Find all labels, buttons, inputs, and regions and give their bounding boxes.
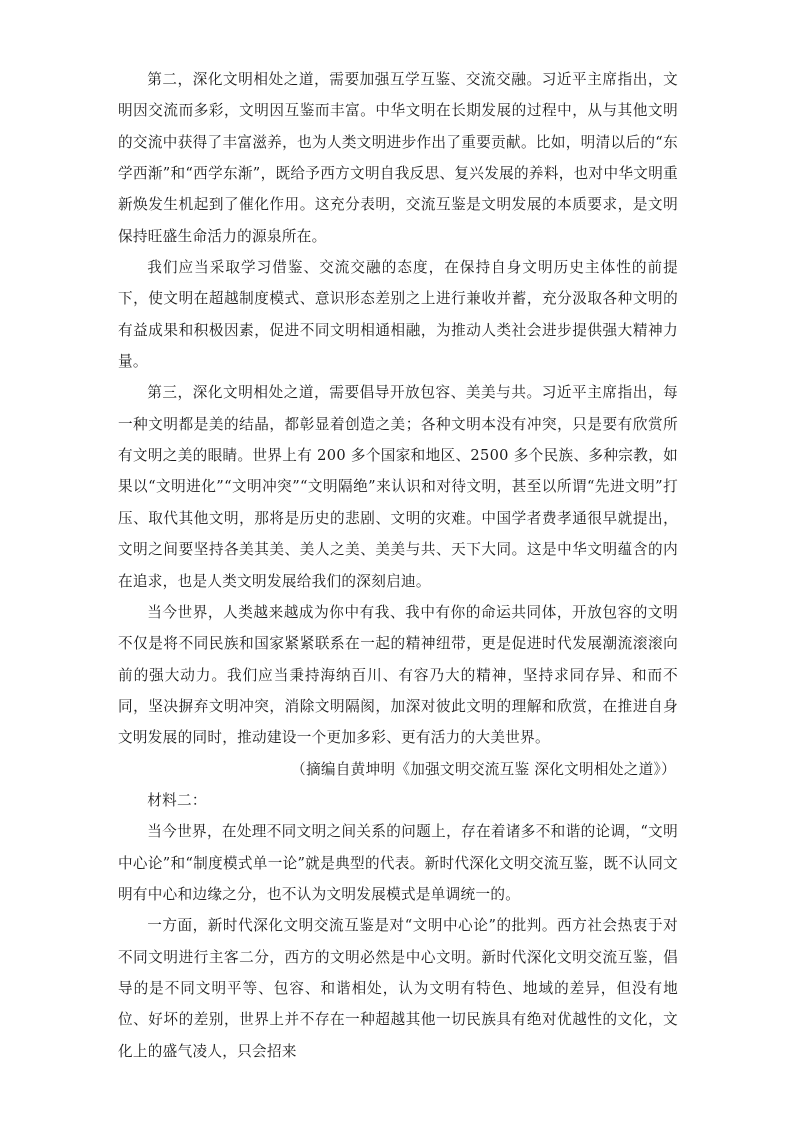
paragraph-learning-attitude: 我们应当采取学习借鉴、交流交融的态度，在保持自身文明历史主体性的前提下，使文明在… (118, 252, 678, 377)
section-label-material-two: 材料二： (118, 785, 678, 816)
paragraph-third-point: 第三，深化文明相处之道，需要倡导开放包容、美美与共。习近平主席指出，每一种文明都… (118, 377, 678, 596)
paragraph-second-point: 第二，深化文明相处之道，需要加强互学互鉴、交流交融。习近平主席指出，文明因交流而… (118, 64, 678, 252)
paragraph-material-two-intro: 当今世界，在处理不同文明之间关系的问题上，存在着诸多不和谐的论调，“文明中心论”… (118, 816, 678, 910)
citation: （摘编自黄坤明《加强文明交流互鉴 深化文明相处之道》） (118, 754, 678, 785)
document-page: 第二，深化文明相处之道，需要加强互学互鉴、交流交融。习近平主席指出，文明因交流而… (118, 64, 678, 1067)
paragraph-material-two-critique: 一方面，新时代深化文明交流互鉴是对“文明中心论”的批判。西方社会热衷于对不同文明… (118, 910, 678, 1067)
paragraph-community: 当今世界，人类越来越成为你中有我、我中有你的命运共同体，开放包容的文明不仅是将不… (118, 597, 678, 754)
